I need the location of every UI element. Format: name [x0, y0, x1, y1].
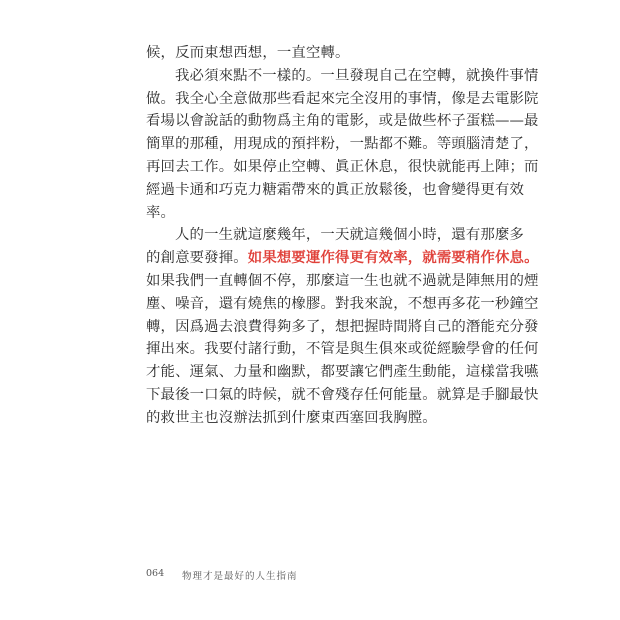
text-line: 下最後一口氣的時候，就不會殘存任何能量。就算是手腳最快	[146, 384, 476, 407]
text-line: 看場以會說話的動物爲主角的電影，或是做些杯子蛋糕——最	[146, 110, 476, 133]
text-line: 候，反而東想西想，一直空轉。	[146, 42, 476, 65]
running-title: 物理才是最好的人生指南	[182, 568, 298, 582]
text-line: 再回去工作。如果停止空轉、眞正休息，很快就能再上陣；而	[146, 156, 476, 179]
text-line: 簡單的那種，用現成的預拌粉，一點都不難。等頭腦清楚了，	[146, 133, 476, 156]
text-line: 如果我們一直轉個不停，那麼這一生也就不過就是陣無用的煙	[146, 270, 476, 293]
text-line: 才能、運氣、力量和幽默，都要讓它們產生動能，這樣當我嚥	[146, 361, 476, 384]
page-number: 064	[146, 568, 164, 579]
text-line-with-highlight: 的創意要發揮。如果想要運作得更有效率，就需要稍作休息。	[146, 247, 476, 270]
text-line: 率。	[146, 202, 476, 225]
book-page: 候，反而東想西想，一直空轉。 我必須來點不一樣的。一旦發現自己在空轉，就換件事情…	[0, 0, 620, 620]
highlighted-quote: 如果想要運作得更有效率，就需要稍作休息。	[248, 250, 539, 266]
text-line: 轉，因爲過去浪費得夠多了，想把握時間將自己的潛能充分發	[146, 316, 476, 339]
text-line: 我必須來點不一樣的。一旦發現自己在空轉，就換件事情	[146, 65, 476, 88]
text-line: 人的一生就這麼幾年，一天就這幾個小時，還有那麼多	[146, 224, 476, 247]
text-segment: 的創意要發揮。	[146, 250, 248, 266]
body-text: 候，反而東想西想，一直空轉。 我必須來點不一樣的。一旦發現自己在空轉，就換件事情…	[146, 42, 476, 430]
text-line: 做。我全心全意做那些看起來完全沒用的事情，像是去電影院	[146, 88, 476, 111]
text-line: 塵、噪音，還有燒焦的橡膠。對我來說，不想再多花一秒鐘空	[146, 293, 476, 316]
text-line: 的救世主也沒辦法抓到什麼東西塞回我胸膛。	[146, 407, 476, 430]
text-line: 經過卡通和巧克力糖霜帶來的眞正放鬆後，也會變得更有效	[146, 179, 476, 202]
text-line: 揮出來。我要付諸行動，不管是與生俱來或從經驗學會的任何	[146, 338, 476, 361]
